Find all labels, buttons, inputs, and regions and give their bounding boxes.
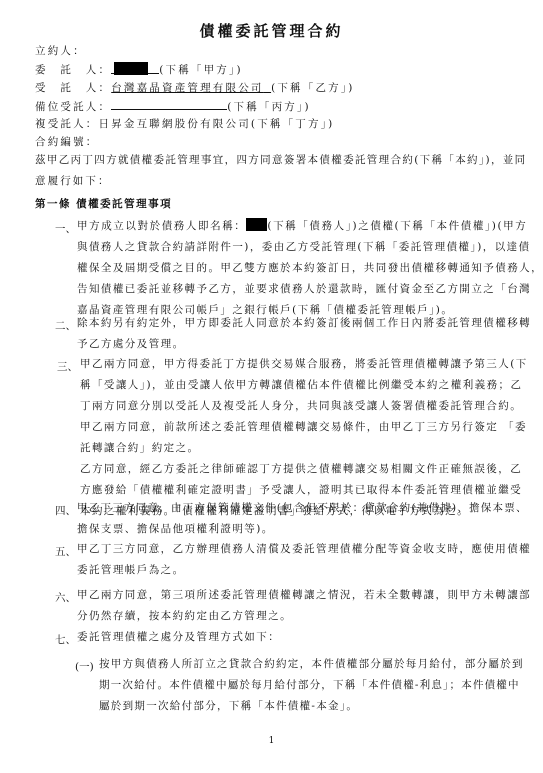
party-principal: 委 託 人：(下稱「甲方」) xyxy=(35,62,243,77)
clause-line: 分仍然存續，按本約約定由乙方管理之。 xyxy=(77,606,531,627)
clause-body: 甲方成立以對於債務人即名稱：(下稱「債務人」)之債權(下稱「本件債權」)(甲方 … xyxy=(77,216,543,321)
clause-body: 甲乙丁三方同意，由丁方保管債權文件(包含但不限於：貸款合約(兼借據)、擔保本票、… xyxy=(77,498,528,540)
clause-text: 甲方成立以對於債務人即名稱： xyxy=(77,220,246,232)
clause-number: 六、 xyxy=(55,590,76,605)
clause-body: 甲乙兩方同意，甲方得委託丁方提供交易媒合服務，將委託管理債權轉讓予第三人(下 稱… xyxy=(80,354,528,522)
clause-line: 甲方成立以對於債務人即名稱：(下稱「債務人」)之債權(下稱「本件債權」)(甲方 xyxy=(77,216,543,237)
clause-body: 甲乙兩方同意，第三項所述委託管理債權轉讓之情況，若未全數轉讓，則甲方未轉讓部 分… xyxy=(77,585,531,627)
redacted-block xyxy=(114,62,148,75)
clause-number: 二、 xyxy=(55,318,76,333)
clause-line: 甲乙兩方同意，甲方得委託丁方提供交易媒合服務，將委託管理債權轉讓予第三人(下 xyxy=(80,354,528,375)
clause-body: 委託管理債權之處分及管理方式如下： xyxy=(77,627,280,648)
clause-line: 除本約另有約定外，甲方即委託人同意於本約簽訂後兩個工作日內將委託管理債權移轉 xyxy=(77,313,531,334)
clause-line: 委託管理帳戶為之。 xyxy=(77,560,531,581)
backup-trustee-name-field xyxy=(111,98,227,110)
trustee-name: 台灣嘉晶資產管理有限公司 xyxy=(111,82,263,94)
clause-number: 四、 xyxy=(55,503,76,518)
clause-line: 告知債權已委託並移轉予乙方，並要求債務人於還款時，匯付資金至乙方開立之「台灣 xyxy=(77,279,543,300)
clause-number: 七、 xyxy=(55,632,76,647)
party-suffix: (下稱「丙方」) xyxy=(227,101,311,113)
article-1-heading: 第一條 債權委託管理事項 xyxy=(35,196,172,211)
subclause-body: 按甲方與債務人所訂立之貸款合約約定，本件債權部分屬於每月給付，部分屬於到 期一次… xyxy=(99,654,524,717)
clause-line: 甲乙丁三方同意，由丁方保管債權文件(包含但不限於：貸款合約(兼借據)、擔保本票、 xyxy=(77,498,528,519)
sub-trustee-name: 日昇金互聯網股份有限公司 xyxy=(99,118,251,130)
clause-line: 與債務人之貸款合約請詳附件一)，委由乙方受託管理(下稱「委託管理債權」)，以達債 xyxy=(77,237,543,258)
document-title: 債權委託管理合約 xyxy=(0,20,543,41)
party-label: 受 託 人： xyxy=(35,82,111,94)
clause-number: 五、 xyxy=(55,544,76,559)
principal-name-field xyxy=(111,62,159,74)
preamble: 茲甲乙丙丁四方就債權委託管理事宜，四方同意簽署本債權委託管理合約(下稱「本約」)… xyxy=(35,150,515,192)
clause-line: 稱「受讓人」)，並由受讓人依甲方轉讓債權佔本件債權比例繼受本約之權利義務；乙 xyxy=(80,375,528,396)
clause-line: 乙方同意，經乙方委託之律師確認丁方提供之債權轉讓交易相關文件正確無誤後，乙 xyxy=(80,459,528,480)
clause-line: 擔保支票、擔保品他項權利證明等)。 xyxy=(77,519,528,540)
preamble-line: 意履行如下： xyxy=(35,171,515,192)
preamble-line: 茲甲乙丙丁四方就債權委託管理事宜，四方同意簽署本債權委託管理合約(下稱「本約」)… xyxy=(35,150,515,171)
clause-line: 丁兩方同意分別以受託人及複受託人身分，共同與該受讓人簽署債權委託管理合約。 xyxy=(80,396,528,417)
clause-line: 屬於到期一次給付部分，下稱「本件債權-本金」。 xyxy=(99,696,524,717)
redacted-debtor-name xyxy=(246,218,267,231)
party-label: 委 託 人： xyxy=(35,64,111,76)
party-label: 備位受託人： xyxy=(35,101,111,113)
clause-number: 三、 xyxy=(57,359,78,374)
clause-line: 予乙方處分及管理。 xyxy=(77,334,531,355)
clause-line: 甲乙兩方同意，前款所述之委託管理債權轉讓交易條件，由甲乙丁三方另行簽定 「委 xyxy=(80,417,528,438)
clause-number: 一、 xyxy=(55,221,76,236)
clause-line: 甲乙兩方同意，第三項所述委託管理債權轉讓之情況，若未全數轉讓，則甲方未轉讓部 xyxy=(77,585,531,606)
party-suffix: (下稱「甲方」) xyxy=(159,64,243,76)
clause-body: 除本約另有約定外，甲方即委託人同意於本約簽訂後兩個工作日內將委託管理債權移轉 予… xyxy=(77,313,531,355)
clause-line: 託轉讓合約」約定之。 xyxy=(80,438,528,459)
party-suffix: (下稱「丁方」) xyxy=(251,118,335,130)
party-label: 複受託人： xyxy=(35,118,99,130)
clause-line: 期一次給付。本件債權中屬於每月給付部分，下稱「本件債權-利息」；本件債權中 xyxy=(99,675,524,696)
party-suffix: (下稱「乙方」) xyxy=(271,82,355,94)
clause-line: 甲乙丁三方同意，乙方辦理債務人清償及委託管理債權分配等資金收支時，應使用債權 xyxy=(77,539,531,560)
clause-line: 按甲方與債務人所訂立之貸款合約約定，本件債權部分屬於每月給付，部分屬於到 xyxy=(99,654,524,675)
clause-text: (下稱「債務人」)之債權(下稱「本件債權」)(甲方 xyxy=(267,220,527,232)
party-trustee: 受 託 人：台灣嘉晶資產管理有限公司 (下稱「乙方」) xyxy=(35,80,355,95)
subclause-number: (一) xyxy=(75,659,94,674)
clause-line: 委託管理債權之處分及管理方式如下： xyxy=(77,627,280,648)
clause-line: 權保全及屆期受償之目的。甲乙雙方應於本約簽訂日，共同發出債權移轉通知予債務人， xyxy=(77,258,543,279)
contract-number-label: 合約編號： xyxy=(35,134,99,149)
party-sub-trustee: 複受託人：日昇金互聯網股份有限公司(下稱「丁方」) xyxy=(35,116,334,131)
underline-gap xyxy=(264,82,271,94)
party-backup-trustee: 備位受託人：(下稱「丙方」) xyxy=(35,98,311,114)
parties-header: 立約人： xyxy=(35,43,86,58)
page-number: 1 xyxy=(0,736,543,746)
clause-body: 甲乙丁三方同意，乙方辦理債務人清償及委託管理債權分配等資金收支時，應使用債權 委… xyxy=(77,539,531,581)
